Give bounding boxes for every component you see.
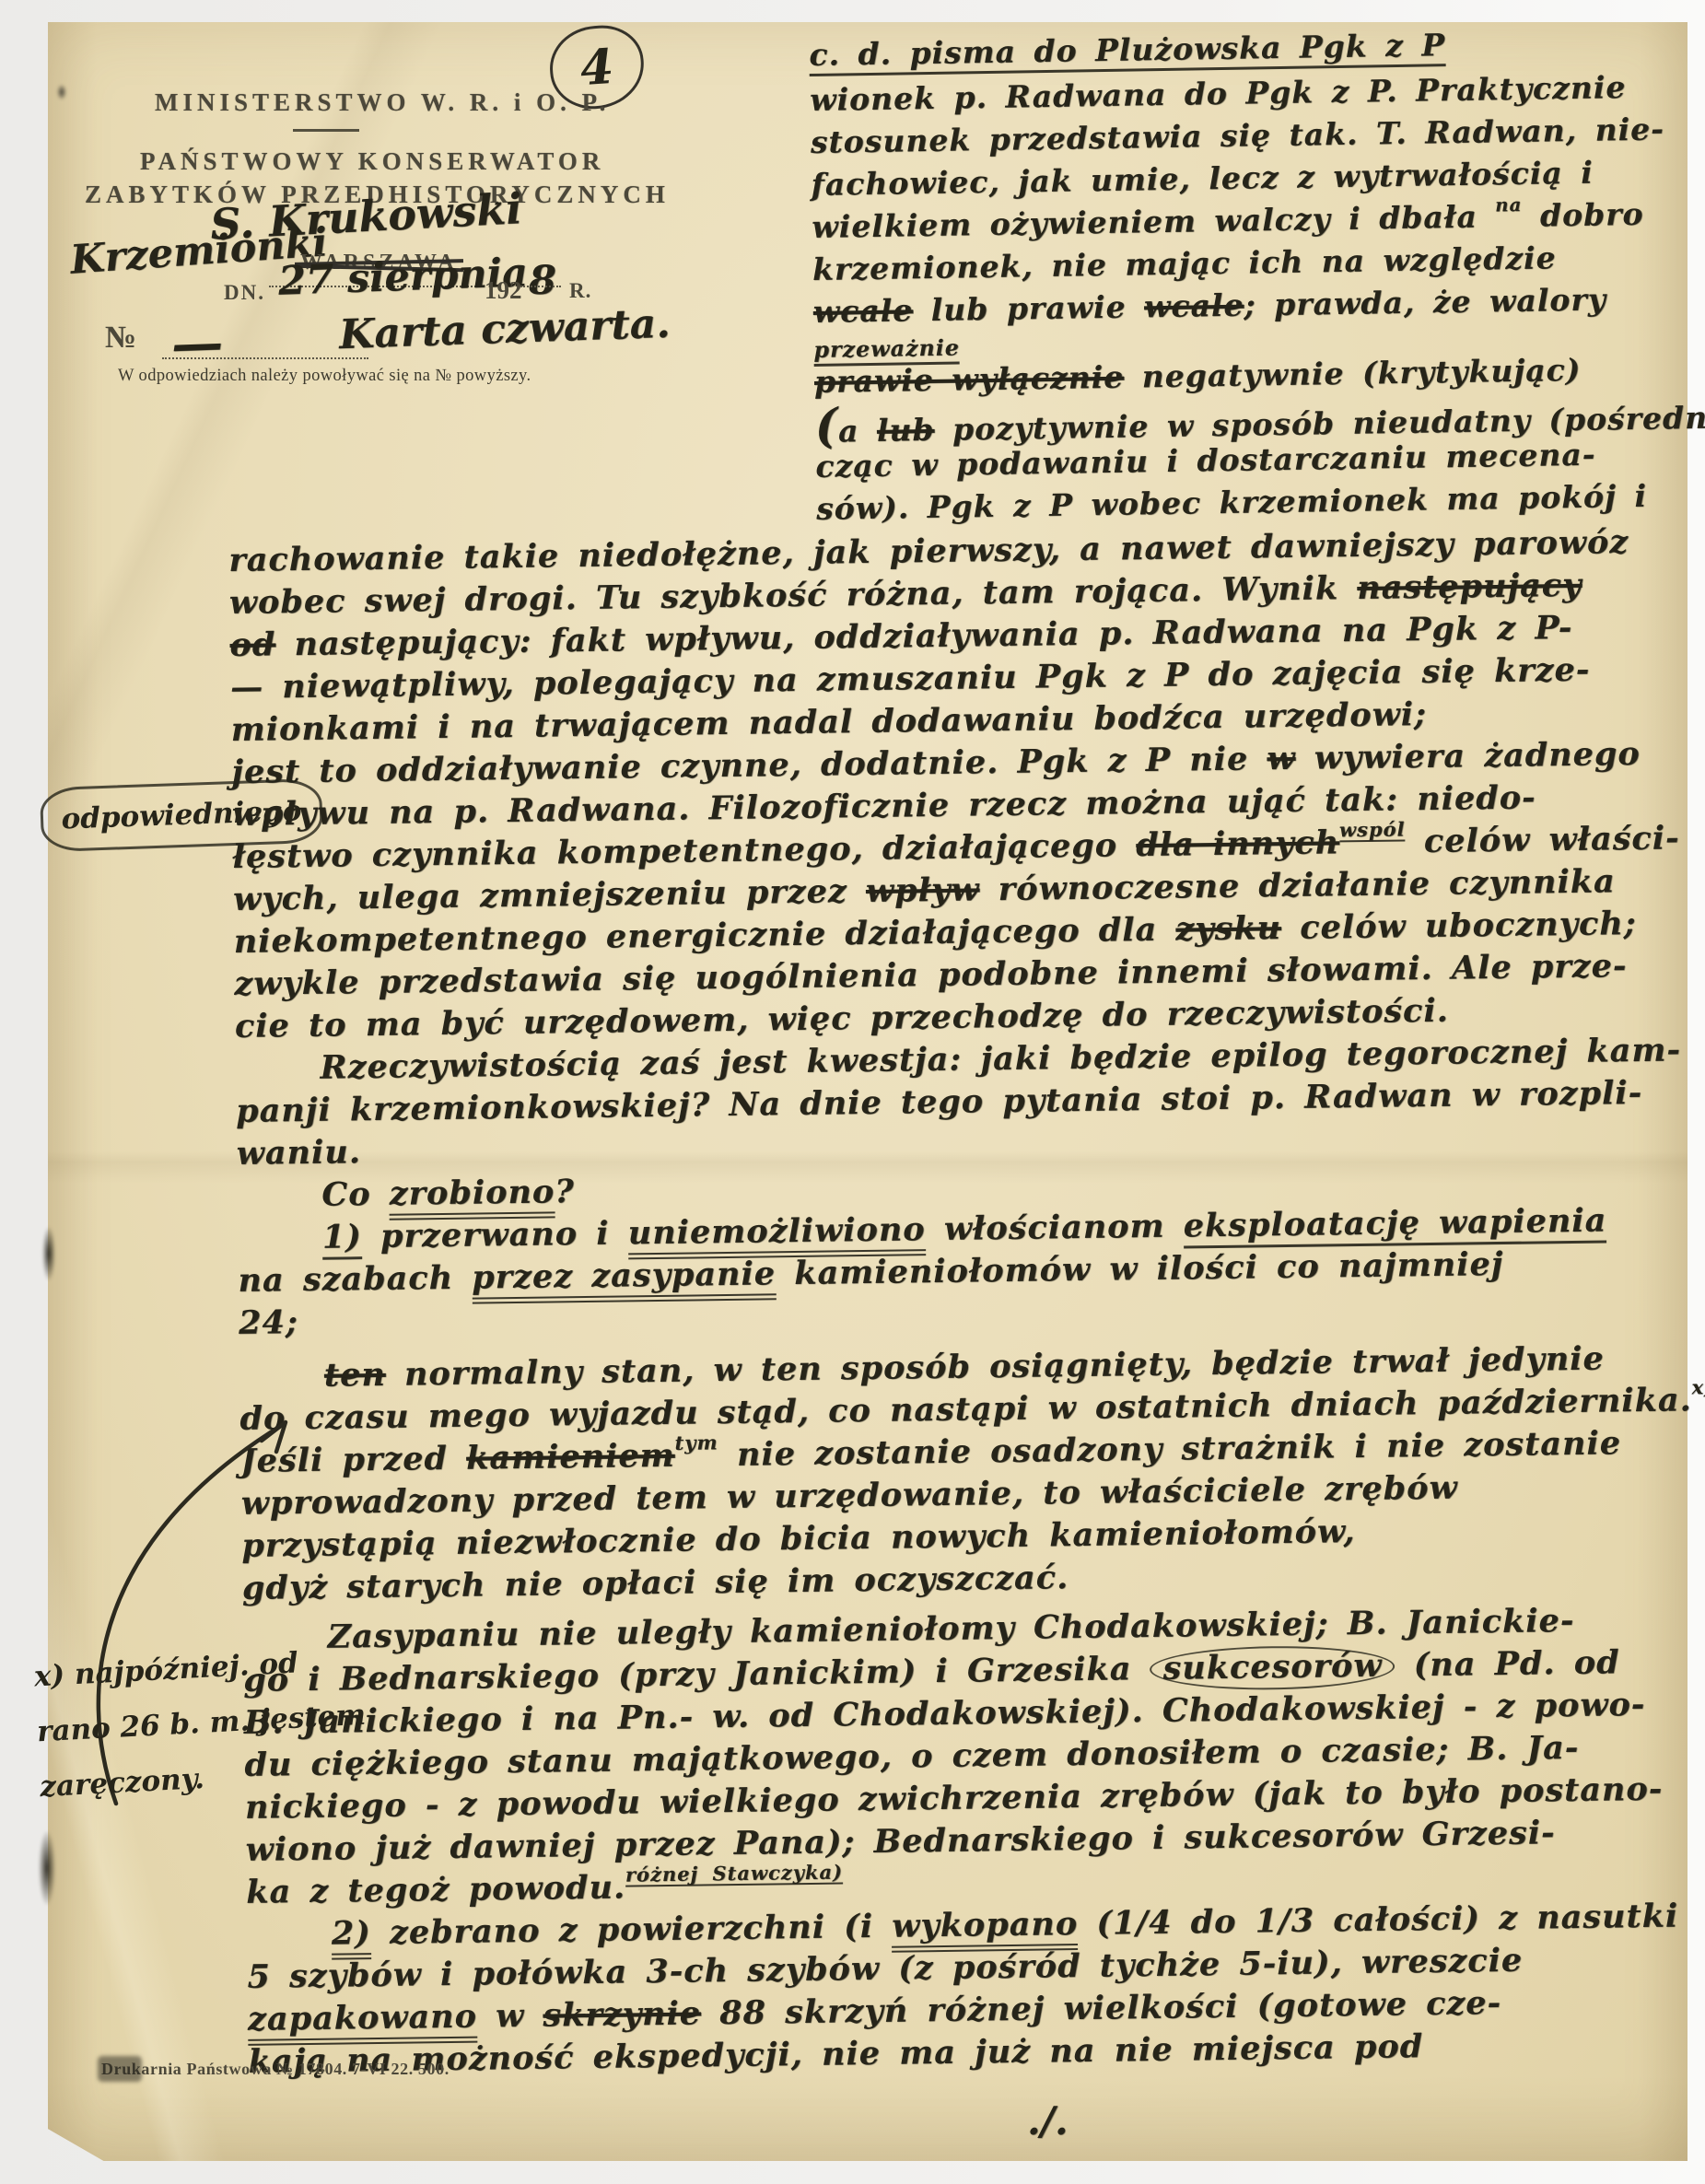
right-column-handwriting: c. d. pisma do Plużowska Pgk z Pwionek p… bbox=[809, 18, 1691, 531]
scanned-letter-page: { "colors":{"paper":"#e9dcb6","ink":"#26… bbox=[0, 0, 1705, 2184]
letterhead-rule bbox=[293, 129, 359, 132]
date-suffix: R. bbox=[569, 279, 591, 303]
body-handwriting: rachowanie takie niedołężne, jak pierwsz… bbox=[228, 521, 1686, 2084]
continuation-mark: ./. bbox=[1027, 2098, 1069, 2143]
letterhead-ministry: MINISTERSTWO W. R. i O. P. bbox=[155, 88, 610, 117]
edge-smudge bbox=[39, 1831, 55, 1905]
edge-smudge bbox=[42, 1227, 55, 1280]
number-label: № bbox=[105, 321, 136, 356]
margin-footnote: x) najpóźniej. od rano 26 b. m. jestem z… bbox=[33, 1634, 336, 1816]
number-dash-handwritten: — bbox=[170, 312, 218, 375]
margin-circled-note: odpowiedniego bbox=[40, 778, 323, 853]
reply-note: W odpowiedziach należy powoływać się na … bbox=[118, 367, 531, 386]
printer-footer: Drukarnia Państwowa № 17804. 7-VI 22. 50… bbox=[101, 2060, 450, 2079]
date-prefix: DN. bbox=[224, 281, 265, 305]
date-year-printed: 192 bbox=[485, 276, 522, 305]
letterhead-office-line1: PAŃSTWOWY KONSERWATOR bbox=[140, 147, 604, 176]
date-year-handwritten: 8 bbox=[529, 258, 556, 304]
edge-smudge bbox=[57, 85, 66, 99]
ink-smudge bbox=[98, 2056, 142, 2082]
date-dotted-line-2 bbox=[520, 286, 561, 287]
